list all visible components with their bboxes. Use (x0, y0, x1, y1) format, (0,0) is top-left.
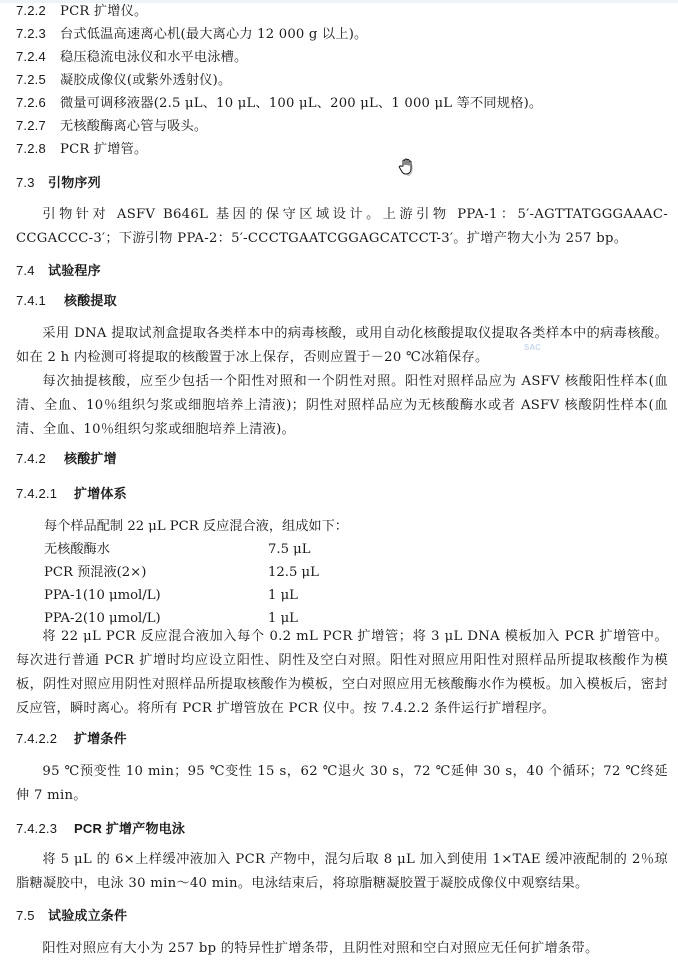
item-text: PCR 扩增管。 (60, 142, 147, 157)
volume-cell: 12.5 μL (268, 565, 319, 580)
volume-cell: 1 μL (268, 588, 298, 603)
heading-7-4-2: 7.4.2核酸扩增 (16, 450, 117, 468)
paragraph-validity-criteria: 阳性对照应有大小为 257 bp 的特异性扩增条带，且阴性对照和空白对照应无任何… (16, 937, 668, 961)
heading-7-4-2-2: 7.4.2.2扩增条件 (16, 730, 127, 748)
heading-7-4-2-3: 7.4.2.3PCR 扩增产物电泳 (16, 820, 185, 838)
table-row: 无核酸酶水7.5 μL (44, 541, 311, 559)
item-text: 微量可调移液器(2.5 μL、10 μL、100 μL、200 μL、1 000… (60, 96, 542, 111)
heading-title: 核酸扩增 (64, 451, 117, 466)
heading-7-5: 7.5试验成立条件 (16, 907, 127, 925)
heading-number: 7.4.1 (16, 292, 64, 310)
list-item-7-2-8: 7.2.8PCR 扩增管。 (16, 140, 147, 159)
list-item-7-2-3: 7.2.3台式低温高速离心机(最大离心力 12 000 g 以上)。 (16, 25, 367, 44)
paragraph-amplification-setup: 将 22 μL PCR 反应混合液加入每个 0.2 mL PCR 扩增管；将 3… (16, 625, 668, 721)
list-item-7-2-2: 7.2.2PCR 扩增仪。 (16, 2, 147, 21)
heading-title: 试验成立条件 (48, 908, 127, 923)
heading-number: 7.3 (16, 174, 48, 192)
item-number: 7.2.4 (16, 48, 60, 66)
heading-7-4-2-1: 7.4.2.1扩增体系 (16, 485, 127, 503)
component-cell: PCR 预混液(2×) (44, 564, 268, 582)
heading-title: PCR 扩增产物电泳 (74, 821, 185, 836)
heading-title: 核酸提取 (64, 293, 117, 308)
item-number: 7.2.6 (16, 94, 60, 112)
component-cell: PPA-1(10 μmol/L) (44, 587, 268, 605)
item-number: 7.2.5 (16, 71, 60, 89)
watermark: SAC (524, 343, 541, 352)
item-text: 无核酸酶离心管与吸头。 (60, 119, 207, 134)
paragraph-amplification-conditions: 95 ℃预变性 10 min；95 ℃变性 15 s，62 ℃退火 30 s，7… (16, 760, 668, 808)
heading-title: 扩增体系 (74, 486, 127, 501)
heading-title: 试验程序 (48, 263, 101, 278)
heading-number: 7.5 (16, 907, 48, 925)
paragraph-extraction-controls: 每次抽提核酸，应至少包括一个阳性对照和一个阴性对照。阳性对照样品应为 ASFV … (16, 370, 668, 442)
heading-number: 7.4.2.1 (16, 485, 74, 503)
list-item-7-2-7: 7.2.7无核酸酶离心管与吸头。 (16, 117, 207, 136)
item-number: 7.2.8 (16, 140, 60, 158)
heading-number: 7.4 (16, 262, 48, 280)
list-item-7-2-6: 7.2.6微量可调移液器(2.5 μL、10 μL、100 μL、200 μL、… (16, 94, 542, 113)
reaction-mix-intro: 每个样品配制 22 μL PCR 反应混合液，组成如下： (44, 518, 348, 536)
heading-number: 7.4.2.2 (16, 730, 74, 748)
paragraph-primer-sequence: 引物针对 ASFV B646L 基因的保守区域设计。上游引物 PPA-1：5′-… (16, 203, 668, 251)
item-text: 凝胶成像仪(或紫外透射仪)。 (60, 73, 231, 88)
item-text: PCR 扩增仪。 (60, 4, 147, 19)
table-row: PPA-1(10 μmol/L)1 μL (44, 587, 298, 605)
heading-title: 引物序列 (48, 175, 101, 190)
list-item-7-2-4: 7.2.4稳压稳流电泳仪和水平电泳槽。 (16, 48, 247, 67)
hand-cursor-icon (398, 157, 416, 177)
table-row: PCR 预混液(2×)12.5 μL (44, 564, 319, 582)
heading-number: 7.4.2.3 (16, 820, 74, 838)
component-cell: 无核酸酶水 (44, 541, 268, 559)
heading-title: 扩增条件 (74, 731, 127, 746)
volume-cell: 1 μL (268, 611, 298, 626)
heading-7-4: 7.4试验程序 (16, 262, 101, 280)
item-number: 7.2.3 (16, 25, 60, 43)
item-number: 7.2.2 (16, 2, 60, 20)
heading-7-4-1: 7.4.1核酸提取 (16, 292, 117, 310)
heading-number: 7.4.2 (16, 450, 64, 468)
volume-cell: 7.5 μL (268, 542, 311, 557)
item-number: 7.2.7 (16, 117, 60, 135)
item-text: 台式低温高速离心机(最大离心力 12 000 g 以上)。 (60, 27, 367, 42)
list-item-7-2-5: 7.2.5凝胶成像仪(或紫外透射仪)。 (16, 71, 231, 90)
item-text: 稳压稳流电泳仪和水平电泳槽。 (60, 50, 247, 65)
paragraph-extraction-method: 采用 DNA 提取试剂盒提取各类样本中的病毒核酸，或用自动化核酸提取仪提取各类样… (16, 322, 668, 370)
paragraph-electrophoresis: 将 5 μL 的 6×上样缓冲液加入 PCR 产物中，混匀后取 8 μL 加入到… (16, 848, 668, 896)
heading-7-3: 7.3引物序列 (16, 174, 101, 192)
